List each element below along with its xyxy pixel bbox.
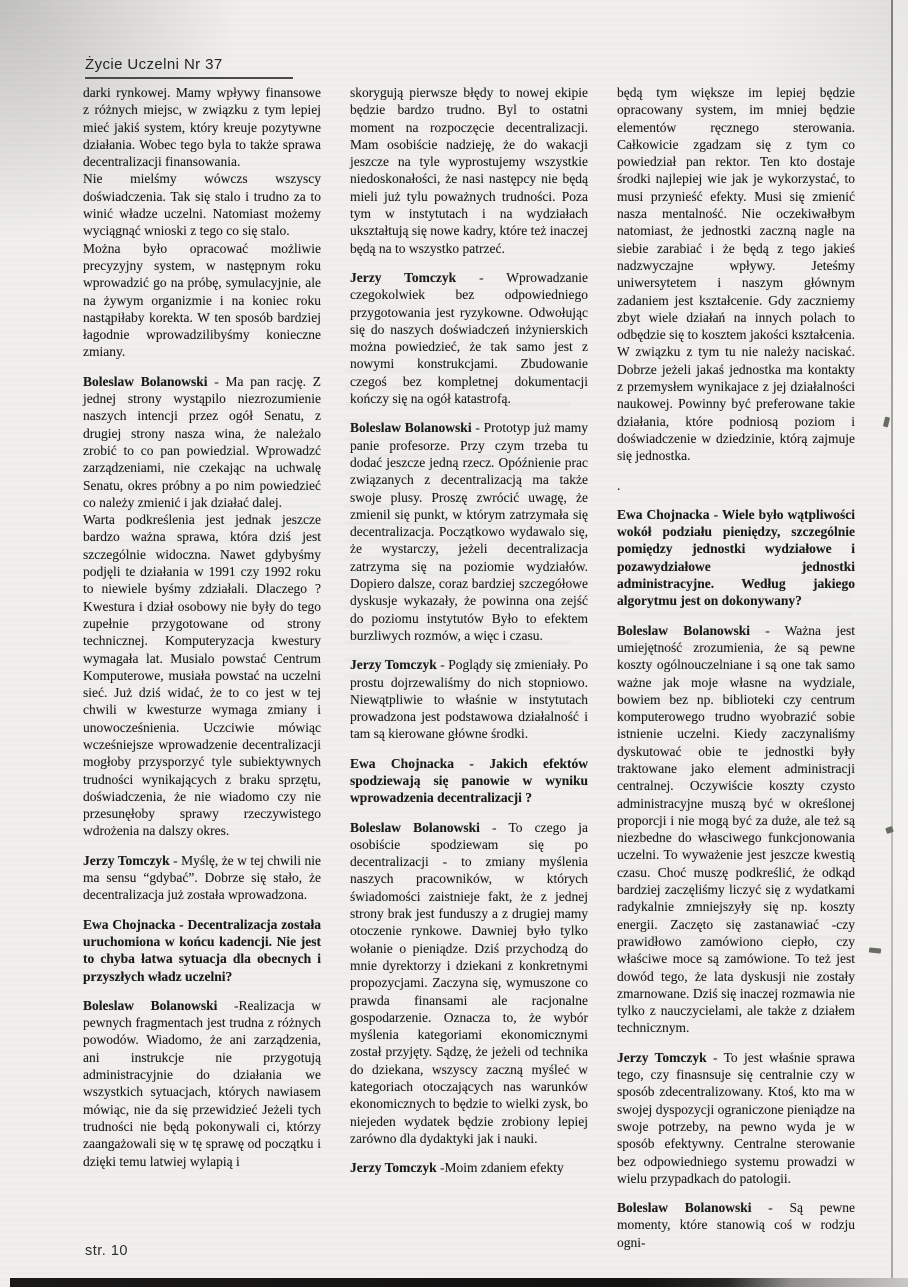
paragraph: skorygują pierwsze błędy to nowej ekipie… [350,84,588,257]
paragraph: Boleslaw Bolanowski - Są pewne momenty, … [617,1199,855,1251]
paragraph: Jerzy Tomczyk -Moim zdaniem efekty [350,1159,588,1176]
paragraph: Warta podkreślenia jest jednak jeszcze b… [83,511,321,840]
speaker-name: Boleslaw Bolanowski [83,374,208,389]
scanned-page: Życie Uczelni Nr 37 darki rynkowej. Mamy… [0,0,908,1287]
paragraph: Jerzy Tomczyk - Wprowadzanie czegokolwie… [350,269,588,407]
article-column: będą tym większe im lepiej będzie opraco… [617,84,855,1251]
paragraph: Boleslaw Bolanowski -Realizacja w pewnyc… [83,997,321,1170]
speaker-name: Boleslaw Bolanowski [617,1200,752,1215]
page-edge-strip [893,0,908,1287]
article-column: darki rynkowej. Mamy wpływy finansowe z … [83,84,321,1170]
paragraph: Jerzy Tomczyk - Myślę, że w tej chwili n… [83,852,321,904]
article-column: skorygują pierwsze błędy to nowej ekipie… [350,84,588,1177]
speaker-name: Ewa Chojnacka [350,756,454,771]
paragraph: będą tym większe im lepiej będzie opraco… [617,84,855,465]
speaker-name: Jerzy Tomczyk [350,1160,437,1175]
paragraph: Jerzy Tomczyk - To jest właśnie sprawa t… [617,1049,855,1187]
scan-edge-bar [10,1278,908,1287]
speaker-name: Jerzy Tomczyk [350,657,437,672]
speaker-name: Ewa Chojnacka [617,507,710,522]
paragraph: Nie mielśmy wówczs wszyscy doświadczenia… [83,170,321,239]
speaker-name: Boleslaw Bolanowski [617,623,750,638]
speaker-name: Boleslaw Bolanowski [350,420,472,435]
paragraph: Ewa Chojnacka - Wiele było wątpliwości w… [617,506,855,610]
speaker-name: Boleslaw Bolanowski [350,820,480,835]
paragraph: darki rynkowej. Mamy wpływy finansowe z … [83,84,321,170]
paragraph: Boleslaw Bolanowski - To czego ja osobiś… [350,819,588,1148]
paragraph: . [617,477,855,494]
article-columns: darki rynkowej. Mamy wpływy finansowe z … [83,84,855,1251]
scan-speck [869,947,881,953]
speaker-name: Jerzy Tomczyk [350,270,456,285]
paragraph: Ewa Chojnacka - Jakich efektów spodziewa… [350,755,588,807]
paragraph: Ewa Chojnacka - Decentralizacja została … [83,916,321,985]
paragraph: Boleslaw Bolanowski - Ważna jest umiejęt… [617,622,855,1037]
speaker-name: Ewa Chojnacka [83,917,175,932]
page-number: str. 10 [85,1243,128,1259]
scan-speck [883,417,890,428]
paragraph: Jerzy Tomczyk - Poglądy się zmieniały. P… [350,656,588,742]
page-header: Życie Uczelni Nr 37 [85,56,293,79]
paragraph: Można było opracować możliwie precyzyjny… [83,240,321,361]
speaker-name: Boleslaw Bolanowski [83,998,217,1013]
speaker-name: Jerzy Tomczyk [83,853,170,868]
paragraph: Boleslaw Bolanowski - Prototyp już mamy … [350,419,588,644]
paragraph: Boleslaw Bolanowski - Ma pan rację. Z je… [83,373,321,511]
speaker-name: Jerzy Tomczyk [617,1050,707,1065]
